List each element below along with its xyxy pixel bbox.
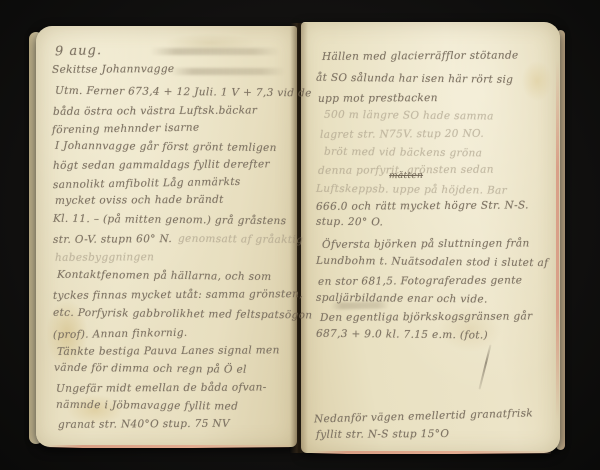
handwritten-line-faint: habesbyggningen [55,250,300,265]
handwritten-line: Lundbohm t. Nuätsodalen stod i slutet af [316,255,561,271]
handwritten-line: nämnde i Jöbmavagge fyllit med [56,399,301,415]
handwritten-line: Den egentliga björkskogsgränsen går [320,310,565,325]
handwritten-line: Tänkte bestiga Pauva Lanes signal men [57,344,302,359]
handwritten-line: spaljärbildande enar och vide. [316,292,561,308]
handwritten-line: Öfversta björken på sluttningen från [322,237,567,252]
page-edge-tint [556,60,559,420]
handwritten-line-faint: bröt med vid bäckens gröna [324,146,569,162]
handwritten-line: stup. 20° O. [316,216,561,232]
handwritten-line: en stor 681,5. Fotograferades gente [318,274,563,289]
handwritten-line: tyckes finnas mycket utåt: samma grönste… [53,288,298,303]
handwritten-line: vände för dimma och regn på Ö el [54,362,299,378]
page-edge-tint [46,445,290,448]
handwritten-line: 687,3 + 9.0 kl. 7.15 e.m. (fot.) [316,328,561,344]
handwritten-line-faint: 500 m längre SO hade samma [324,109,569,125]
handwritten-line: Kontaktfenomen på hällarna, och som [57,269,302,285]
handwritten-line-faint: Luftskeppsb. uppe på höjden. Bar [316,183,561,199]
handwritten-line: etc. Porfyrisk gabbrolikhet med feltspat… [53,307,298,323]
inserted-word-crossed: mätten [389,171,423,181]
handwritten-line-faint: denna porfyrit, grönsten sedan [318,163,563,178]
handwritten-line: upp mot prestbacken [318,91,563,106]
handwritten-line: Kl. 11. – (på mitten genom.) grå gråsten… [53,213,298,229]
handwritten-line: I Johannvagge går först grönt temligen [55,140,300,156]
handwritten-line: Hällen med glacierräfflor stötande [322,49,567,64]
handwritten-line: granat str. N40°O stup. 75 NV [58,417,303,432]
handwritten-line: Ungefär midt emellan de båda ofvan- [56,381,301,396]
entry-title: Sekittse Johannvagge [52,62,297,77]
book-gutter [290,23,308,453]
handwritten-line: högt sedan gammaldags fyllit derefter [53,158,298,173]
handwritten-line: mycket oviss och hade brändt [55,193,300,208]
handwritten-line: båda östra och västra Luftsk.bäckar [53,104,298,119]
handwritten-line: Utm. Ferner 673,4 + 12 Juli. 1 V + 7,3 v… [55,85,300,101]
handwritten-line: fyllit str. N-S stup 15°O [316,427,561,442]
handwritten-line: åt SO sålunda har isen här rört sig [316,72,561,88]
notebook-photograph: 9 aug. Sekittse Johannvagge Utm. Ferner … [0,0,600,470]
handwritten-line-faint: lagret str. N75V. stup 20 NO. [320,127,565,142]
handwritten-line: 666.0 och rätt mycket högre Str. N-S. [316,199,561,214]
page-edge-tint [311,451,551,454]
